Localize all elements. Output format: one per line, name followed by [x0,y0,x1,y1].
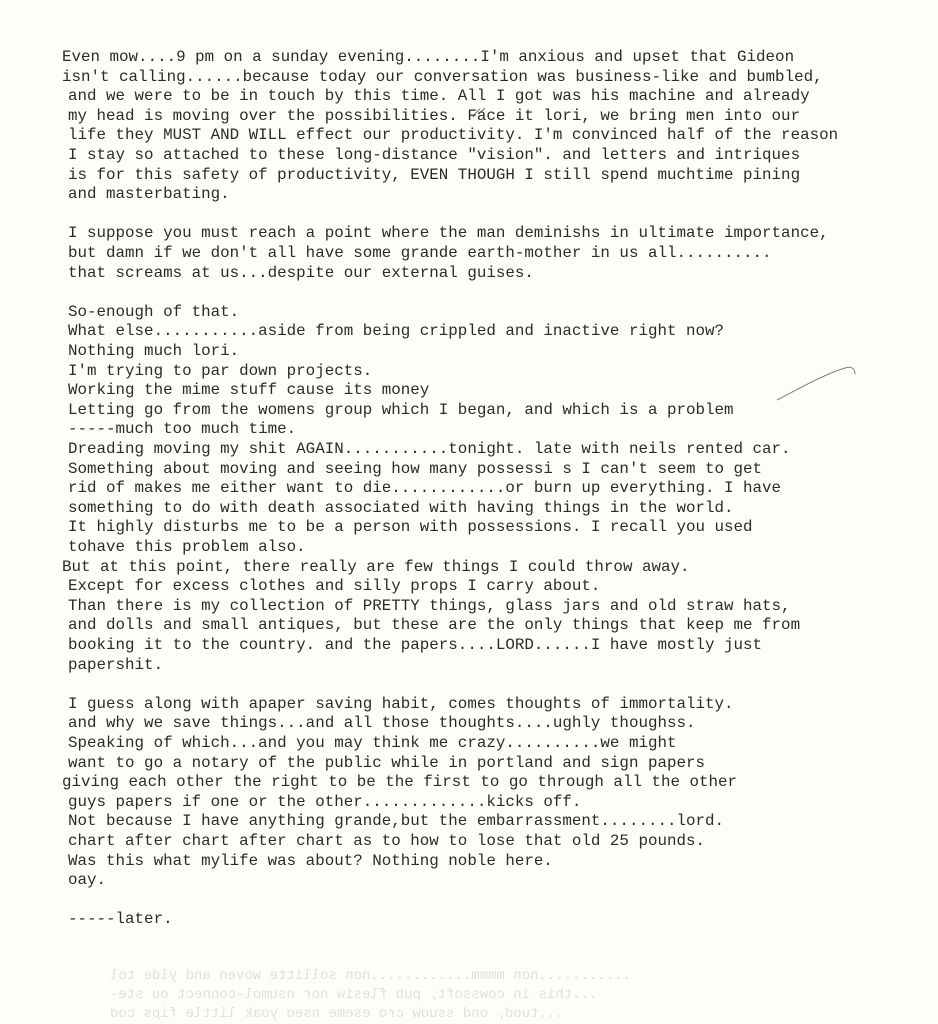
letter-line: Not because I have anything grande,but t… [68,812,724,830]
letter-line: guys papers if one or the other.........… [68,793,581,811]
letter-line: -----later. [68,910,173,928]
letter-line: but damn if we don't all have some grand… [68,244,772,262]
letter-line: Working the mime stuff cause its money [68,381,429,399]
letter-line: that screams at us...despite our externa… [68,264,534,282]
letter-line: Than there is my collection of PRETTY th… [68,597,791,615]
letter-line: chart after chart after chart as to how … [68,832,705,850]
letter-line: What else...........aside from being cri… [68,322,724,340]
letter-line: rid of makes me either want to die......… [68,479,781,497]
letter-line: -----much too much time. [68,420,296,438]
letter-line: Something about moving and seeing how ma… [68,460,762,478]
letter-line: and dolls and small antiques, but these … [68,616,800,634]
letter-line: I suppose you must reach a point where t… [68,224,829,242]
letter-line: life they MUST AND WILL effect our produ… [68,126,838,144]
letter-line: oay. [68,871,106,889]
letter-line: So-enough of that. [68,303,239,321]
letter-line: isn't calling......because today our con… [62,68,823,86]
letter-line: But at this point, there really are few … [62,558,690,576]
letter-line: I stay so attached to these long-distanc… [68,146,800,164]
letter-line: Was this what mylife was about? Nothing … [68,852,553,870]
letter-line: Except for excess clothes and silly prop… [68,577,600,595]
pen-stroke-mark-icon [775,360,865,405]
letter-line: is for this safety of productivity, EVEN… [68,166,800,184]
letter-line: and why we save things...and all those t… [68,714,696,732]
letter-line: I guess along with apaper saving habit, … [68,695,734,713]
letter-line: my head is moving over the possibilities… [68,107,800,125]
letter-line: want to go a notary of the public while … [68,754,705,772]
letter-line: It highly disturbs me to be a person wit… [68,518,753,536]
letter-line: Speaking of which...and you may think me… [68,734,676,752]
bleed-through-text: ...........non mmmm............non solli… [110,968,631,984]
letter-line: tohave this problem also. [68,538,306,556]
letter-line: and masterbating. [68,185,230,203]
letter-line: Letting go from the womens group which I… [68,401,734,419]
letter-line: I'm trying to par down projects. [68,362,372,380]
letter-page: Even mow....9 pm on a sunday evening....… [0,0,938,1024]
letter-line: papershit. [68,656,163,674]
letter-line: something to do with death associated wi… [68,499,734,517]
letter-line: Nothing much lori. [68,342,239,360]
bleed-through-text: ...tuod, ond ssuow cro eseme nseo yoak l… [110,1006,564,1022]
letter-line: and we were to be in touch by this time.… [68,87,810,105]
letter-line: booking it to the country. and the paper… [68,636,762,654]
letter-line: giving each other the right to be the fi… [62,773,737,791]
letter-line: Even mow....9 pm on a sunday evening....… [62,48,794,66]
letter-line: Dreading moving my shit AGAIN...........… [68,440,791,458]
bleed-through-text: ...this in cowssoft, pub flesiw nor nsum… [110,987,597,1003]
